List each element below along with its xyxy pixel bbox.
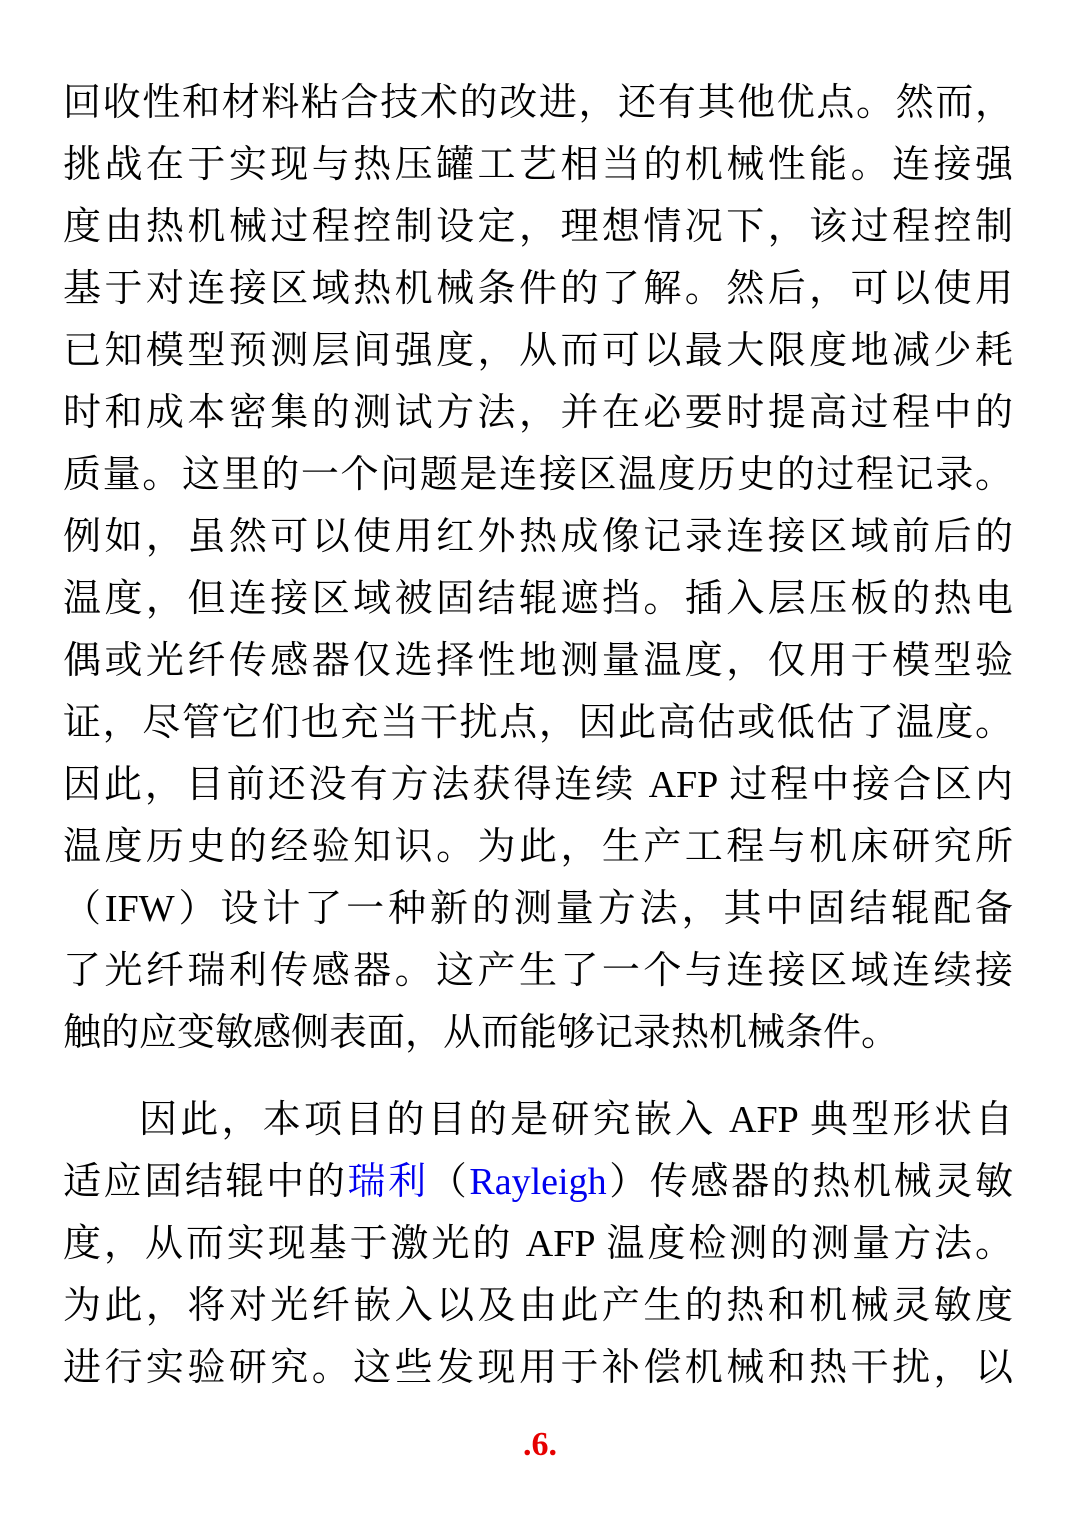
text-line: 证，尽管它们也充当干扰点，因此高估或低估了温度。 [63,692,1013,754]
text-line: 例如，虽然可以使用红外热成像记录连接区域前后的 [63,506,1013,568]
text-line: 已知模型预测层间强度，从而可以最大限度地减少耗 [63,320,1013,382]
text-line: 质量。这里的一个问题是连接区温度历史的过程记录。 [63,444,1013,506]
text-line: （IFW）设计了一种新的测量方法，其中固结辊配备 [63,878,1013,940]
text-line: 因此，本项目的目的是研究嵌入 AFP 典型形状自 [63,1089,1013,1151]
text-segment: 适应固结辊中的 [63,1161,347,1203]
rayleigh-link-english[interactable]: Rayleigh [469,1161,606,1203]
text-line: 温度，但连接区域被固结辊遮挡。插入层压板的热电 [63,568,1013,630]
text-line: 温度历史的经验知识。为此，生产工程与机床研究所 [63,816,1013,878]
rayleigh-link-chinese[interactable]: 瑞利 [347,1161,428,1203]
body-text: 回收性和材料粘合技术的改进，还有其他优点。然而， 挑战在于实现与热压罐工艺相当的… [63,72,1013,1399]
text-line: 基于对连接区域热机械条件的了解。然后，可以使用 [63,258,1013,320]
text-line: 为此，将对光纤嵌入以及由此产生的热和机械灵敏度 [63,1275,1013,1337]
close-paren: ） [607,1161,650,1203]
text-line: 进行实验研究。这些发现用于补偿机械和热干扰，以 [63,1337,1013,1399]
text-line: 度由热机械过程控制设定，理想情况下，该过程控制 [63,196,1013,258]
text-line: 触的应变敏感侧表面，从而能够记录热机械条件。 [63,1002,1013,1064]
text-line: 偶或光纤传感器仅选择性地测量温度，仅用于模型验 [63,630,1013,692]
open-paren: （ [429,1161,470,1203]
text-line: 时和成本密集的测试方法，并在必要时提高过程中的 [63,382,1013,444]
paragraph-1: 回收性和材料粘合技术的改进，还有其他优点。然而， 挑战在于实现与热压罐工艺相当的… [63,72,1013,1064]
text-line: 回收性和材料粘合技术的改进，还有其他优点。然而， [63,72,1013,134]
text-line: 了光纤瑞利传感器。这产生了一个与连接区域连续接 [63,940,1013,1002]
document-page: { "page": { "background_color": "#ffffff… [0,0,1080,1527]
text-line: 挑战在于实现与热压罐工艺相当的机械性能。连接强 [63,134,1013,196]
text-line: 因此，目前还没有方法获得连续 AFP 过程中接合区内 [63,754,1013,816]
page-number: .6. [0,1422,1080,1468]
text-line-with-link: 适应固结辊中的瑞利（Rayleigh）传感器的热机械灵敏 [63,1151,1013,1213]
text-segment: 传感器的热机械灵敏 [650,1161,1013,1203]
page: 回收性和材料粘合技术的改进，还有其他优点。然而， 挑战在于实现与热压罐工艺相当的… [0,0,1080,1527]
text-line: 度，从而实现基于激光的 AFP 温度检测的测量方法。 [63,1213,1013,1275]
paragraph-2: 因此，本项目的目的是研究嵌入 AFP 典型形状自 适应固结辊中的瑞利（Rayle… [63,1089,1013,1399]
